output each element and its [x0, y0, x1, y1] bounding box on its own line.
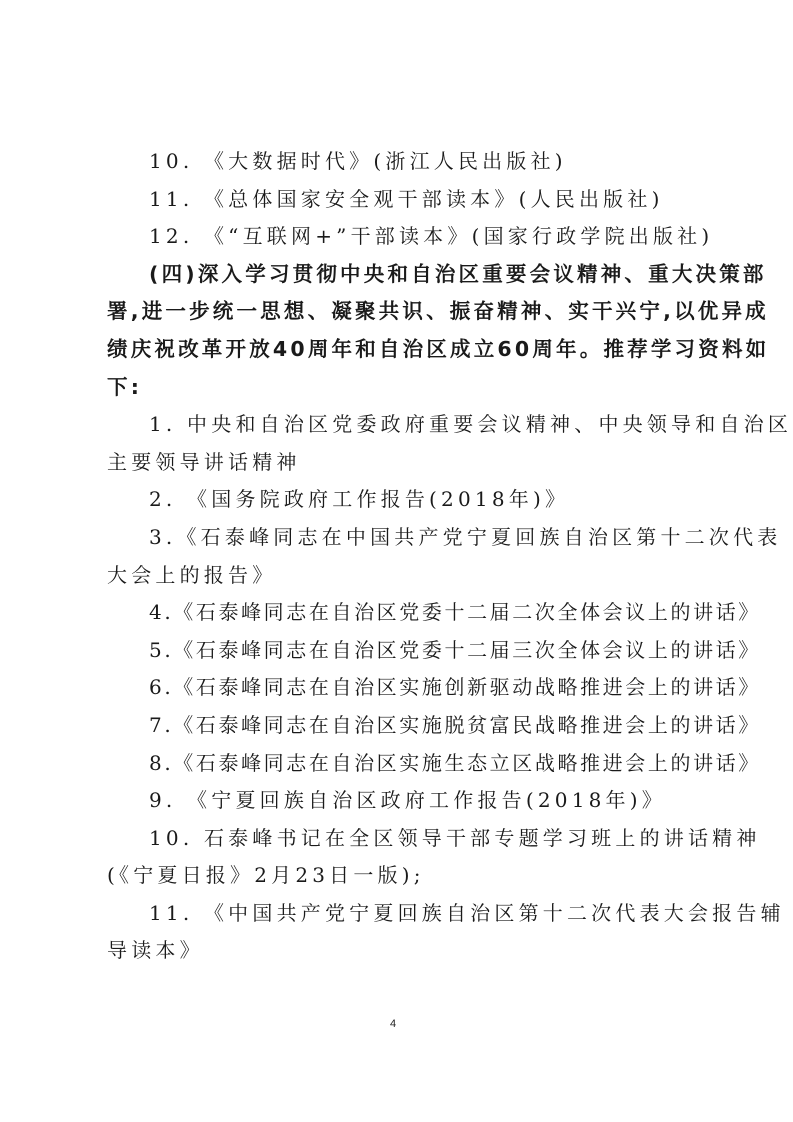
- list-item-11-national-security-reader: 11. 《总体国家安全观干部读本》(人民出版社): [107, 181, 697, 219]
- document-page: 10. 《大数据时代》(浙江人民出版社) 11. 《总体国家安全观干部读本》(人…: [107, 143, 697, 970]
- list-item-1-line-1: 1. 中央和自治区党委政府重要会议精神、中央领导和自治区: [107, 406, 697, 444]
- list-item-10-line-2: (《宁夏日报》2月23日一版);: [107, 857, 697, 895]
- list-item-2: 2. 《国务院政府工作报告(2018年)》: [107, 481, 697, 519]
- section-heading-4-line-1: (四)深入学习贯彻中央和自治区重要会议精神、重大决策部: [107, 256, 697, 294]
- list-item-9: 9. 《宁夏回族自治区政府工作报告(2018年)》: [107, 782, 697, 820]
- list-item-5: 5.《石泰峰同志在自治区党委十二届三次全体会议上的讲话》: [107, 632, 697, 670]
- section-heading-4-line-3: 绩庆祝改革开放40周年和自治区成立60周年。推荐学习资料如: [107, 331, 697, 369]
- list-item-12-internet-plus-reader: 12. 《“互联网+”干部读本》(国家行政学院出版社): [107, 218, 697, 256]
- list-item-10-line-1: 10. 石泰峰书记在全区领导干部专题学习班上的讲话精神: [107, 820, 697, 858]
- list-item-10-big-data-era: 10. 《大数据时代》(浙江人民出版社): [107, 143, 697, 181]
- list-item-4: 4.《石泰峰同志在自治区党委十二届二次全体会议上的讲话》: [107, 594, 697, 632]
- page-number: 4: [390, 1018, 396, 1030]
- section-heading-4-line-4: 下:: [107, 369, 697, 407]
- list-item-1-line-2: 主要领导讲话精神: [107, 444, 697, 482]
- list-item-11-line-2: 导读本》: [107, 932, 697, 970]
- list-item-8: 8.《石泰峰同志在自治区实施生态立区战略推进会上的讲话》: [107, 745, 697, 783]
- list-item-6: 6.《石泰峰同志在自治区实施创新驱动战略推进会上的讲话》: [107, 669, 697, 707]
- list-item-11-line-1: 11. 《中国共产党宁夏回族自治区第十二次代表大会报告辅: [107, 895, 697, 933]
- list-item-7: 7.《石泰峰同志在自治区实施脱贫富民战略推进会上的讲话》: [107, 707, 697, 745]
- list-item-3-line-2: 大会上的报告》: [107, 557, 697, 595]
- list-item-3-line-1: 3.《石泰峰同志在中国共产党宁夏回族自治区第十二次代表: [107, 519, 697, 557]
- section-heading-4-line-2: 署,进一步统一思想、凝聚共识、振奋精神、实干兴宁,以优异成: [107, 293, 697, 331]
